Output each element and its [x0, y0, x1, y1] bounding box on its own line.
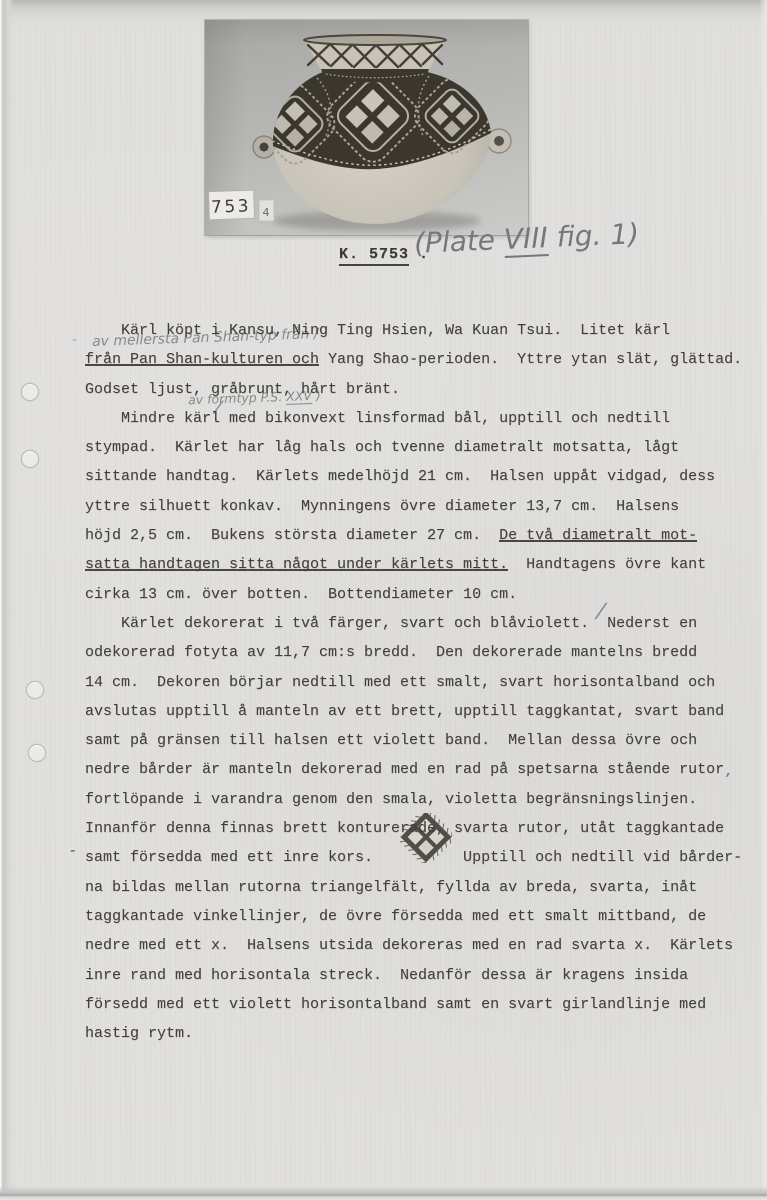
typed-text: samt på gränsen till halsen ett violett … [85, 732, 697, 749]
tag-number: 753 [211, 196, 252, 217]
plate-note-text: fig. 1) [547, 217, 640, 254]
museum-tag-small: 4 [259, 200, 274, 221]
typed-text: Yang Shao-perioden. Yttre ytan slät, glä… [319, 351, 742, 368]
punch-hole [26, 681, 44, 699]
typed-line: Mindre kärl med bikonvext linsformad bål… [85, 404, 742, 433]
typed-line: nedre bårder är manteln dekorerad med en… [85, 755, 742, 784]
punch-hole [28, 744, 46, 762]
typed-line: avslutas upptill å manteln av ett brett,… [85, 697, 742, 726]
typed-line: Kärl köpt i Kansu, Ning Ting Hsien, Wa K… [85, 316, 742, 345]
typed-text: hastig rytm. [85, 1025, 193, 1042]
tag-number-small: 4 [263, 206, 270, 219]
typed-text: Godset ljust, gråbrunt, hårt bränt. [85, 381, 400, 398]
scan-edge-bottom [0, 1186, 767, 1200]
typed-line: från Pan Shan-kulturen och Yang Shao-per… [85, 345, 742, 374]
typed-line: Kärlet dekorerat i två färger, svart och… [85, 609, 742, 638]
catalog-number: K. 5753 [339, 246, 409, 266]
margin-dash-mark: - [70, 841, 75, 859]
punch-hole [21, 383, 39, 401]
punch-hole [21, 450, 39, 468]
typed-text: Mindre kärl med bikonvext linsformad bål… [85, 410, 670, 427]
typed-text: Handtagens övre kant [508, 556, 706, 573]
typed-text: stympad. Kärlet har låg hals och tvenne … [85, 439, 679, 456]
typed-line: 14 cm. Dekoren börjar nedtill med ett sm… [85, 668, 742, 697]
typed-text: höjd 2,5 cm. Bukens största diameter 27 … [85, 527, 499, 544]
scan-edge-left [0, 0, 14, 1200]
typed-line: hastig rytm. [85, 1019, 742, 1048]
typed-text: Kärlet dekorerat i två färger, svart och… [85, 615, 697, 632]
vessel-neck [304, 35, 446, 83]
plate-note-text: (Plate [413, 223, 504, 260]
typed-text: fortlöpande i varandra genom den smala, … [85, 791, 697, 808]
vessel-photograph: 753 4 [205, 20, 528, 235]
typed-line: inre rand med horisontala streck. Nedanf… [85, 961, 742, 990]
margin-dash-mark: - [72, 332, 77, 348]
typed-line: Godset ljust, gråbrunt, hårt bränt. [85, 375, 742, 404]
typed-line: samt försedda med ett inre kors. Upptill… [85, 843, 742, 872]
typed-text: avslutas upptill å manteln av ett brett,… [85, 703, 724, 720]
museum-tag-main: 753 [209, 190, 255, 220]
typed-text: cirka 13 cm. över botten. Bottendiameter… [85, 586, 517, 603]
typed-text: 14 cm. Dekoren börjar nedtill med ett sm… [85, 674, 715, 691]
struck-text: från Pan Shan-kulturen och [85, 351, 319, 368]
vessel-photo-illustration: 753 4 [205, 20, 528, 235]
typed-line: na bildas mellan rutorna triangelfält, f… [85, 873, 742, 902]
typed-text: odekorerad fotyta av 11,7 cm:s bredd. De… [85, 644, 697, 661]
typed-line: nedre med ett x. Halsens utsida dekorera… [85, 931, 742, 960]
typed-text: försedd med ett violett horisontalband s… [85, 996, 706, 1013]
typed-text: samt försedda med ett inre kors. Upptill… [85, 849, 742, 866]
typed-line: försedd med ett violett horisontalband s… [85, 990, 742, 1019]
typed-line: odekorerad fotyta av 11,7 cm:s bredd. De… [85, 638, 742, 667]
typed-text: Innanför denna finnas brett konturerade,… [85, 820, 724, 837]
vessel-handle-left [253, 136, 275, 158]
typed-body: Kärl köpt i Kansu, Ning Ting Hsien, Wa K… [85, 316, 742, 1048]
typed-line: cirka 13 cm. över botten. Bottendiameter… [85, 580, 742, 609]
typed-line: fortlöpande i varandra genom den smala, … [85, 785, 742, 814]
plate-note-roman: VIII [503, 221, 548, 258]
typed-text: taggkantade vinkellinjer, de övre försed… [85, 908, 706, 925]
typed-line: taggkantade vinkellinjer, de övre försed… [85, 902, 742, 931]
typed-line: höjd 2,5 cm. Bukens största diameter 27 … [85, 521, 742, 550]
struck-text: satta handtagen sitta något under kärlet… [85, 556, 508, 573]
typed-line: satta handtagen sitta något under kärlet… [85, 550, 742, 579]
typed-text: yttre silhuett konkav. Mynningens övre d… [85, 498, 679, 515]
typed-text: na bildas mellan rutorna triangelfält, f… [85, 879, 697, 896]
scan-edge-right [759, 0, 767, 1200]
typed-text: sittande handtag. Kärlets medelhöjd 21 c… [85, 468, 715, 485]
typed-text: Kärl köpt i Kansu, Ning Ting Hsien, Wa K… [85, 322, 670, 339]
struck-text: De två diametralt mot- [499, 527, 697, 544]
typed-line: stympad. Kärlet har låg hals och tvenne … [85, 433, 742, 462]
typed-text: nedre bårder är manteln dekorerad med en… [85, 761, 724, 778]
typed-text: inre rand med horisontala streck. Nedanf… [85, 967, 688, 984]
typed-text: nedre med ett x. Halsens utsida dekorera… [85, 937, 733, 954]
typed-line: sittande handtag. Kärlets medelhöjd 21 c… [85, 462, 742, 491]
document-page: 753 4 K. 5753 . (Plate VIII fig. 1) - av… [0, 0, 767, 1200]
typed-line: yttre silhuett konkav. Mynningens övre d… [85, 492, 742, 521]
typed-line: Innanför denna finnas brett konturerade,… [85, 814, 742, 843]
typed-line: samt på gränsen till halsen ett violett … [85, 726, 742, 755]
